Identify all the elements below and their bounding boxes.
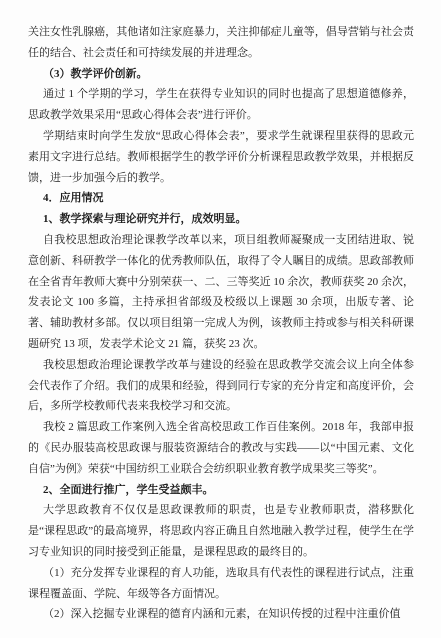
paragraph: 自我校思想政治理论课教学改革以来，项目组教师凝聚成一支团结进取、锐意创新、科研教… — [28, 230, 414, 355]
paragraph: 我校 2 篇思政工作案例入选全省高校思政工作百佳案例。2018 年，我部申报的《… — [28, 417, 414, 479]
section-heading-1-exploration: 1、教学探索与理论研究并行，成效明显。 — [28, 209, 414, 230]
paragraph: 大学思政教育不仅仅是思政课教师的职责，也是专业教师职责，潜移默化是“课程思政”的… — [28, 500, 414, 562]
section-heading-4-application: 4．应用情况 — [28, 188, 414, 209]
paragraph-continuation: 关注女性乳腺癌，其他诸如注家庭暴力，关注抑郁症儿童等，倡导营销与社会责任的结合、… — [28, 22, 414, 64]
paragraph: （1）充分发挥专业课程的育人功能，选取具有代表性的课程进行试点，注重课程覆盖面、… — [28, 563, 414, 605]
paragraph-cutoff: （2）深入挖掘专业课程的德育内涵和元素，在知识传授的过程中注重价值 — [28, 604, 414, 625]
paragraph: 学期结束时向学生发放“思政心得体会表”，要求学生就课程里获得的思政元素用文字进行… — [28, 126, 414, 188]
paragraph: 通过 1 个学期的学习，学生在获得专业知识的同时也提高了思想道德修养，思政教学效… — [28, 84, 414, 126]
section-heading-2-promotion: 2、全面进行推广，学生受益颇丰。 — [28, 480, 414, 501]
section-heading-3-teaching-evaluation: （3）教学评价创新。 — [28, 64, 414, 85]
paragraph: 我校思想政治理论课教学改革与建设的经验在思政教学交流会议上向全体参会代表作了介绍… — [28, 355, 414, 417]
document-page: 关注女性乳腺癌，其他诸如注家庭暴力，关注抑郁症儿童等，倡导营销与社会责任的结合、… — [0, 0, 441, 638]
